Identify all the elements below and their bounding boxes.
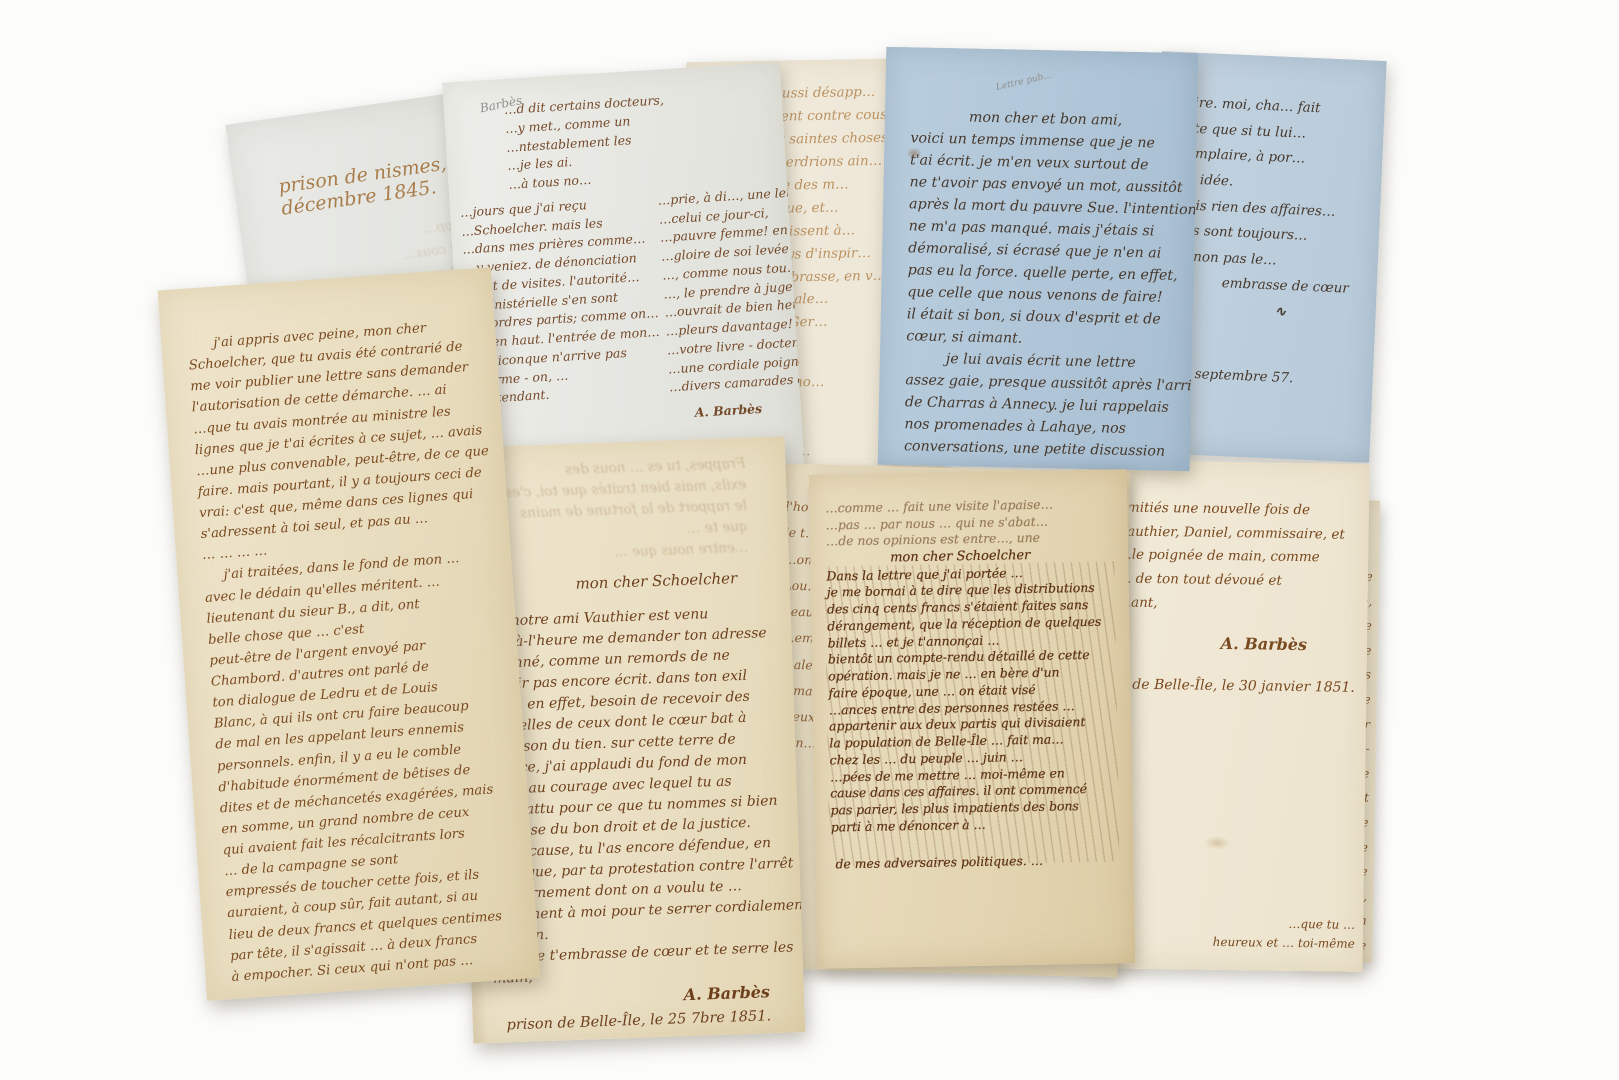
handwriting-line: heureux et … toi-même [1213, 933, 1355, 954]
handwriting-line: … de ton tout dévoué et [1118, 567, 1368, 594]
handwriting-line: …que tu … [1213, 913, 1355, 934]
handwriting-lines: …prie, à di…, une lettre que…celui ce jo… [651, 181, 806, 425]
handwriting-line: de mes adversaires politiques. … [815, 831, 1134, 873]
letter-schoelcher-reproach: j'ai appris avec peine, mon cherSchoelch… [158, 267, 541, 1001]
handwriting-lines: mon cher et bon ami,voici un temps immen… [878, 47, 1199, 463]
handwriting-line: Vauthier, Daniel, commissaire, et [1118, 520, 1368, 547]
handwriting-line: A. Barbès [670, 394, 806, 424]
photograph-of-manuscript-letters: …resserai aussi désapp……des mangent cont… [0, 0, 1619, 1080]
handwriting-line: 7 septembre 57. [1161, 360, 1373, 395]
letter-blue-1857: Lettre pub… mon cher et bon ami,voici un… [878, 47, 1199, 471]
handwriting-lines: …d dit certains docteurs,…y met., comme … [442, 62, 787, 204]
handwriting-lines: j'ai appris avec peine, mon cherSchoelch… [158, 267, 540, 989]
handwriting-line: conversations, une petite discussion [904, 435, 1190, 463]
handwriting-line: …le poignée de main, comme [1118, 544, 1368, 571]
handwriting-lines: …comme … fait une visite l'apaise……pas …… [809, 469, 1133, 836]
handwriting-line: amitiés une nouvelle fois de [1119, 496, 1369, 523]
handwriting-lines: …que tu …heureux et … toi-même [1213, 913, 1356, 953]
handwriting-line: …ant, [1117, 591, 1367, 618]
letter-dense-crosswritten: …comme … fait une visite l'apaise……pas …… [809, 469, 1136, 968]
